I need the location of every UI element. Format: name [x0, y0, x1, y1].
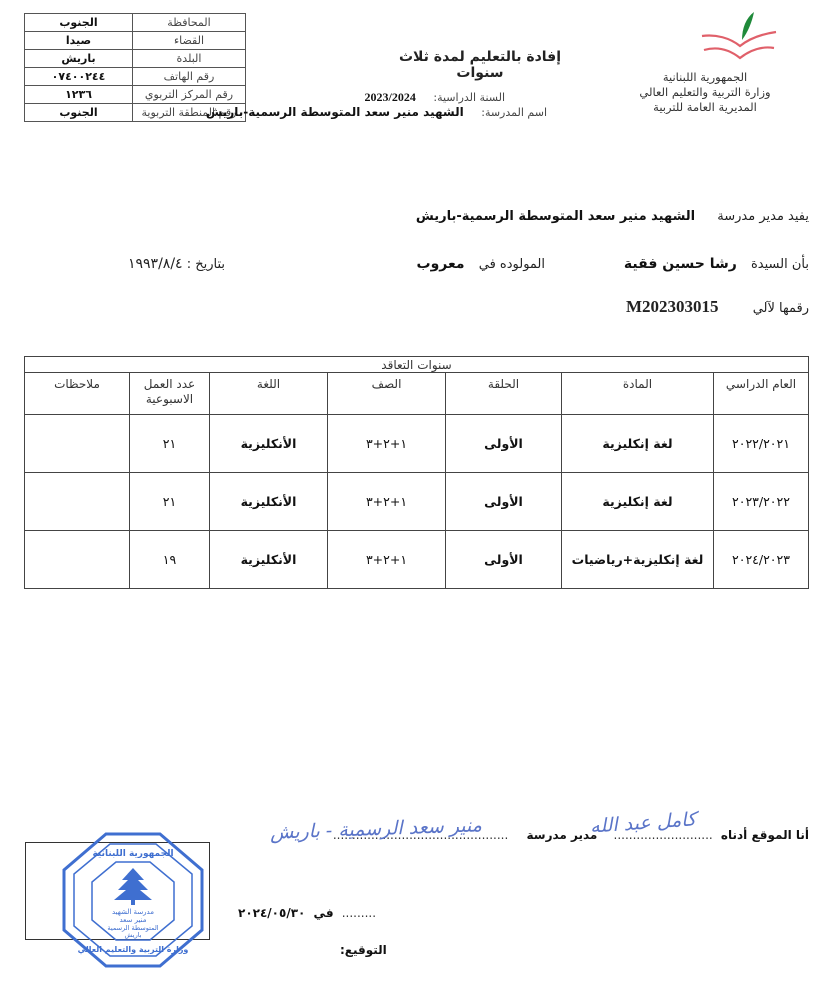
- table-row: ٢٠٢٢/٢٠٢١ لغة إنكليزية الأولى ١+٢+٣ الأن…: [25, 415, 809, 473]
- col-grade: الصف: [328, 373, 446, 415]
- ministry-name: وزارة التربية والتعليم العالي: [605, 85, 805, 100]
- date-label: بتاريخ :: [187, 257, 225, 272]
- school-stamp-icon: مدرسة الشهيد منير سعد المتوسطة الرسمية ب…: [58, 830, 208, 970]
- svg-text:منير سعد: منير سعد: [120, 916, 147, 924]
- info-label: رقم المركز التربوي: [133, 86, 246, 104]
- signature-label: التوقيع:: [340, 943, 387, 957]
- republic-name: الجمهورية اللبنانية: [605, 70, 805, 85]
- serial-label: رقمها لآلي: [753, 301, 809, 316]
- school-name-value: الشهيد منير سعد المتوسطة الرسمية-باريش: [206, 105, 464, 119]
- col-language: اللغة: [210, 373, 328, 415]
- school-name-row: اسم المدرسة: الشهيد منير سعد المتوسطة ال…: [206, 105, 547, 119]
- lady-line: بأن السيدة رشا حسين فقية: [624, 256, 809, 272]
- date-line: ......... في ٢٠٢٤/٠٥/٣٠: [238, 906, 376, 920]
- academic-year-value: 2023/2024: [365, 90, 416, 104]
- birth-date: ١٩٩٣/٨/٤: [128, 256, 183, 272]
- cell-subject: لغة إنكليزية: [562, 415, 714, 473]
- academic-year-row: السنة الدراسية: 2023/2024: [365, 90, 505, 105]
- info-row-center-number: رقم المركز التربوي ١٢٣٦: [25, 86, 246, 104]
- cell-notes: [25, 473, 130, 531]
- cell-subject: لغة إنكليزية+رياضيات: [562, 531, 714, 589]
- cell-weekly-hours: ٢١: [130, 473, 210, 531]
- svg-text:وزارة التربية والتعليم العالي: وزارة التربية والتعليم العالي: [78, 945, 189, 954]
- born-label: المولوده في: [479, 257, 545, 272]
- col-cycle: الحلقة: [446, 373, 562, 415]
- col-notes: ملاحظات: [25, 373, 130, 415]
- table-row: ٢٠٢٣/٢٠٢٢ لغة إنكليزية الأولى ١+٢+٣ الأن…: [25, 473, 809, 531]
- cell-weekly-hours: ١٩: [130, 531, 210, 589]
- certifies-line: يفيد مدير مدرسة الشهيد منير سعد المتوسطة…: [416, 209, 809, 224]
- contract-years-table: سنوات التعاقد العام الدراسي المادة الحلق…: [24, 356, 809, 589]
- undersigned-label: أنا الموقع أدناه: [721, 828, 809, 842]
- info-row-phone: رقم الهاتف ٠٧٤٠٠٢٤٤: [25, 68, 246, 86]
- cell-year: ٢٠٢٢/٢٠٢١: [714, 415, 809, 473]
- certifies-school: الشهيد منير سعد المتوسطة الرسمية-باريش: [416, 209, 695, 224]
- birthplace-line: المولوده في معروب: [417, 256, 545, 272]
- document-title: إفادة بالتعليم لمدة ثلاث سنوات: [380, 49, 580, 81]
- cell-language: الأنكليزية: [210, 473, 328, 531]
- cell-cycle: الأولى: [446, 531, 562, 589]
- lady-label: بأن السيدة: [751, 257, 809, 272]
- cell-year: ٢٠٢٤/٢٠٢٣: [714, 531, 809, 589]
- certifies-label: يفيد مدير مدرسة: [717, 209, 809, 224]
- cell-grade: ١+٢+٣: [328, 415, 446, 473]
- born-place: معروب: [417, 256, 465, 272]
- cell-subject: لغة إنكليزية: [562, 473, 714, 531]
- svg-text:باريش: باريش: [124, 931, 141, 939]
- info-label: القضاء: [133, 32, 246, 50]
- info-label: رقم الهاتف: [133, 68, 246, 86]
- cell-cycle: الأولى: [446, 415, 562, 473]
- cell-language: الأنكليزية: [210, 531, 328, 589]
- ministry-header: الجمهورية اللبنانية وزارة التربية والتعل…: [605, 70, 805, 115]
- ministry-logo-icon: [696, 8, 778, 64]
- academic-year-label: السنة الدراسية:: [433, 91, 505, 104]
- svg-text:مدرسة الشهيد: مدرسة الشهيد: [112, 908, 154, 916]
- cell-language: الأنكليزية: [210, 415, 328, 473]
- directorate-name: المديرية العامة للتربية: [605, 100, 805, 115]
- cell-grade: ١+٢+٣: [328, 473, 446, 531]
- svg-text:الجمهورية اللبنانية: الجمهورية اللبنانية: [92, 849, 173, 859]
- signing-date: ٢٠٢٤/٠٥/٣٠: [238, 906, 305, 920]
- cell-weekly-hours: ٢١: [130, 415, 210, 473]
- serial-line: رقمها لآلي M202303015: [626, 297, 809, 317]
- table-row: ٢٠٢٤/٢٠٢٣ لغة إنكليزية+رياضيات الأولى ١+…: [25, 531, 809, 589]
- info-row-town: البلدة باريش: [25, 50, 246, 68]
- info-value: ٠٧٤٠٠٢٤٤: [25, 68, 133, 86]
- info-label: البلدة: [133, 50, 246, 68]
- info-row-governorate: المحافظة الجنوب: [25, 14, 246, 32]
- info-label: المحافظة: [133, 14, 246, 32]
- info-value: صيدا: [25, 32, 133, 50]
- info-value: باريش: [25, 50, 133, 68]
- info-value: الجنوب: [25, 14, 133, 32]
- table-caption: سنوات التعاقد: [25, 357, 809, 373]
- cell-year: ٢٠٢٣/٢٠٢٢: [714, 473, 809, 531]
- col-academic-year: العام الدراسي: [714, 373, 809, 415]
- director-label: مدير مدرسة: [526, 828, 597, 842]
- cell-notes: [25, 531, 130, 589]
- date-dots: .........: [342, 906, 376, 920]
- cell-notes: [25, 415, 130, 473]
- serial-value: M202303015: [626, 297, 719, 316]
- in-label: في: [314, 906, 334, 920]
- lady-name: رشا حسين فقية: [624, 256, 737, 272]
- cell-cycle: الأولى: [446, 473, 562, 531]
- info-value: ١٢٣٦: [25, 86, 133, 104]
- info-row-district: القضاء صيدا: [25, 32, 246, 50]
- col-weekly-hours: عدد العمل الاسبوعية: [130, 373, 210, 415]
- birthdate-line: بتاريخ : ١٩٩٣/٨/٤: [128, 256, 225, 272]
- school-name-label: اسم المدرسة:: [481, 106, 547, 119]
- col-subject: المادة: [562, 373, 714, 415]
- cell-grade: ١+٢+٣: [328, 531, 446, 589]
- info-value: الجنوب: [25, 104, 133, 122]
